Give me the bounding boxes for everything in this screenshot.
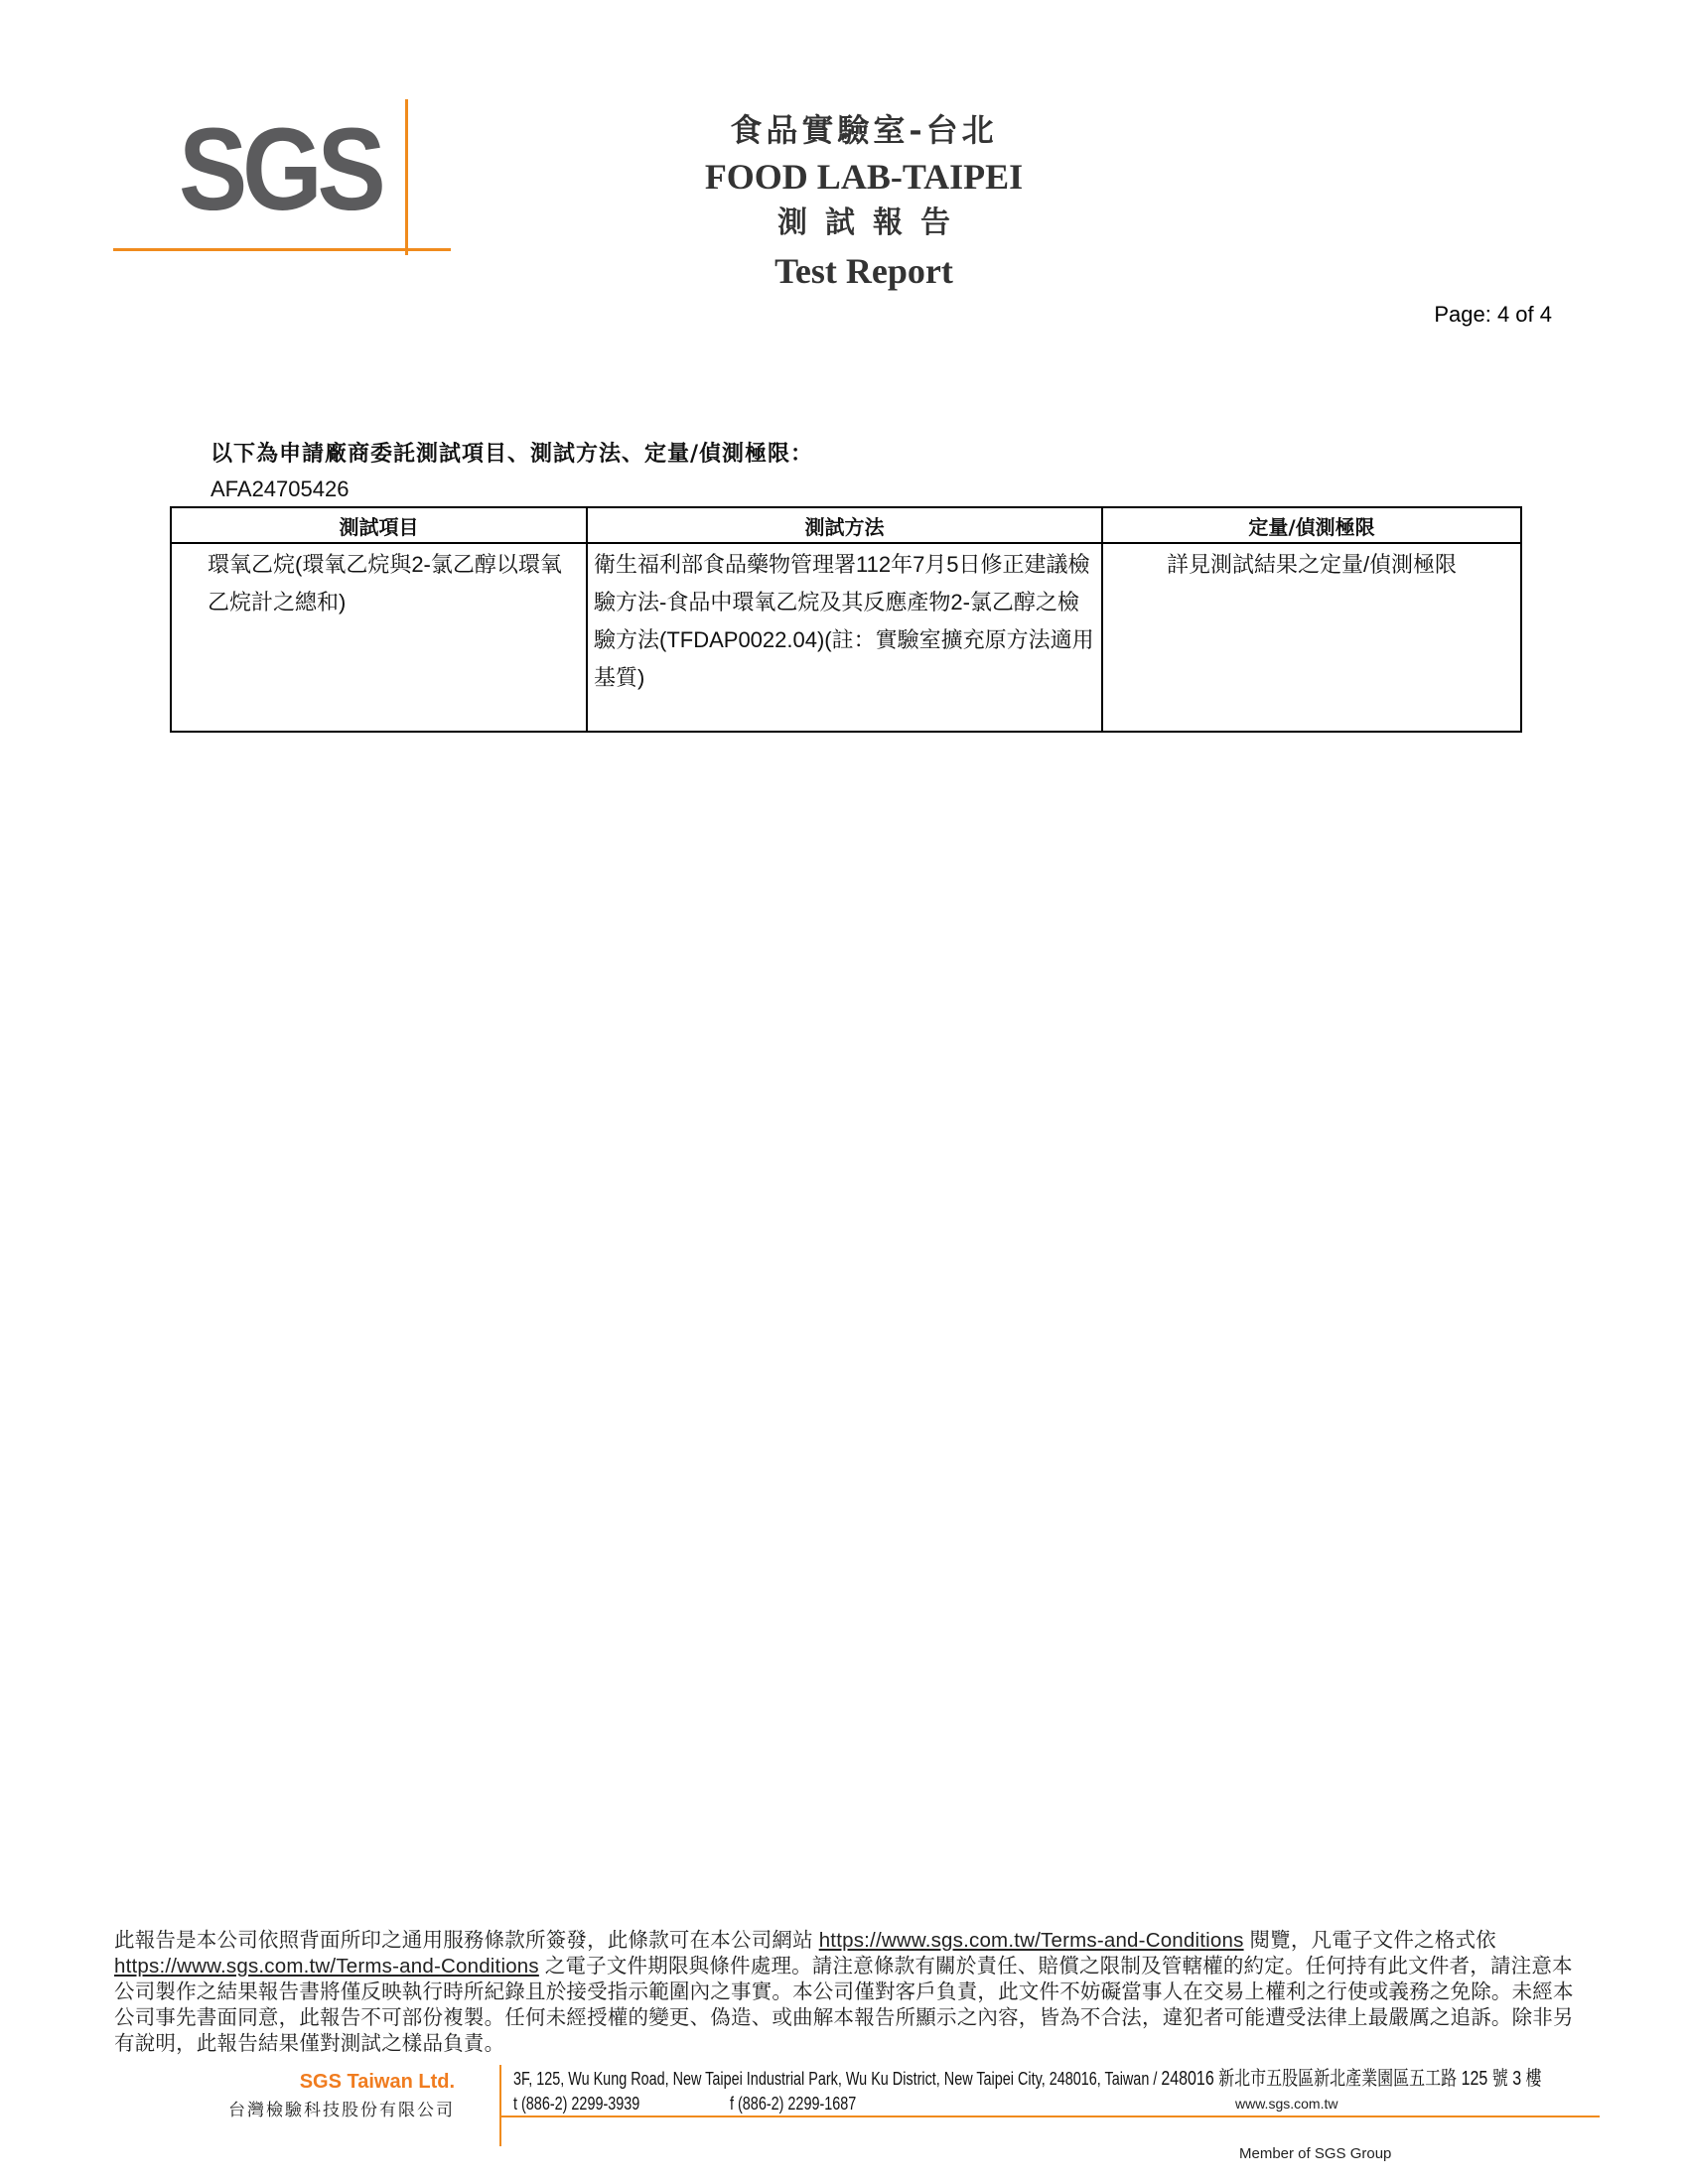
logo-vertical-rule bbox=[405, 99, 408, 255]
company-name-block: SGS Taiwan Ltd. 台灣檢驗科技股份有限公司 bbox=[199, 2068, 455, 2125]
sgs-logo: SGS bbox=[111, 99, 459, 258]
address-zh: 248016 新北市五股區新北產業園區五工路 125 號 3 樓 bbox=[1161, 2068, 1541, 2090]
cell-test-item: 環氧乙烷(環氧乙烷與2-氯乙醇以環氧乙烷計之總和) bbox=[171, 543, 587, 732]
report-type-en: Test Report bbox=[596, 246, 1132, 296]
report-number: AFA24705426 bbox=[211, 477, 349, 502]
terms-link[interactable]: https://www.sgs.com.tw/Terms-and-Conditi… bbox=[819, 1929, 1244, 1952]
disclaimer-text-2: 閱覽，凡電子文件之格式依 bbox=[1244, 1929, 1496, 1952]
company-name-zh: 台灣檢驗科技股份有限公司 bbox=[199, 2096, 455, 2125]
column-header-limit: 定量/偵測極限 bbox=[1102, 507, 1521, 543]
phone-number: t (886-2) 2299-3939 bbox=[513, 2092, 639, 2116]
company-address: 3F, 125, Wu Kung Road, New Taipei Indust… bbox=[513, 2066, 1542, 2092]
test-items-table: 測試項目 測試方法 定量/偵測極限 環氧乙烷(環氧乙烷與2-氯乙醇以環氧乙烷計之… bbox=[170, 506, 1522, 733]
cell-test-method: 衛生福利部食品藥物管理署112年7月5日修正建議檢驗方法-食品中環氧乙烷及其反應… bbox=[587, 543, 1102, 732]
legal-disclaimer: 此報告是本公司依照背面所印之通用服務條款所簽發，此條款可在本公司網站 https… bbox=[114, 1928, 1574, 2057]
report-header: 食品實驗室-台北 FOOD LAB-TAIPEI 測試報告 Test Repor… bbox=[596, 107, 1132, 296]
column-header-test-method: 測試方法 bbox=[587, 507, 1102, 543]
page-number: Page: 4 of 4 bbox=[1434, 302, 1552, 328]
address-separator: / bbox=[1149, 2069, 1161, 2089]
table-header-row: 測試項目 測試方法 定量/偵測極限 bbox=[171, 507, 1521, 543]
logo-wordmark: SGS bbox=[179, 111, 380, 228]
footer-vertical-rule bbox=[499, 2065, 501, 2146]
column-header-test-item: 測試項目 bbox=[171, 507, 587, 543]
cell-limit: 詳見測試結果之定量/偵測極限 bbox=[1102, 543, 1521, 732]
section-heading: 以下為申請廠商委託測試項目、測試方法、定量/偵測極限： bbox=[211, 437, 813, 468]
member-of-group: Member of SGS Group bbox=[1239, 2145, 1391, 2162]
lab-title-en: FOOD LAB-TAIPEI bbox=[596, 153, 1132, 201]
lab-title-zh: 食品實驗室-台北 bbox=[596, 107, 1132, 153]
website-link[interactable]: www.sgs.com.tw bbox=[1235, 2096, 1337, 2112]
table-row: 環氧乙烷(環氧乙烷與2-氯乙醇以環氧乙烷計之總和) 衛生福利部食品藥物管理署11… bbox=[171, 543, 1521, 732]
disclaimer-text-1: 此報告是本公司依照背面所印之通用服務條款所簽發，此條款可在本公司網站 bbox=[114, 1929, 819, 1952]
footer-horizontal-rule bbox=[499, 2116, 1600, 2117]
address-en: 3F, 125, Wu Kung Road, New Taipei Indust… bbox=[513, 2069, 1149, 2089]
fax-number: f (886-2) 2299-1687 bbox=[730, 2092, 856, 2116]
report-type-zh: 測試報告 bbox=[596, 201, 1132, 246]
logo-horizontal-rule bbox=[113, 248, 451, 251]
company-name-en: SGS Taiwan Ltd. bbox=[199, 2068, 455, 2096]
terms-link[interactable]: https://www.sgs.com.tw/Terms-and-Conditi… bbox=[114, 1955, 539, 1978]
